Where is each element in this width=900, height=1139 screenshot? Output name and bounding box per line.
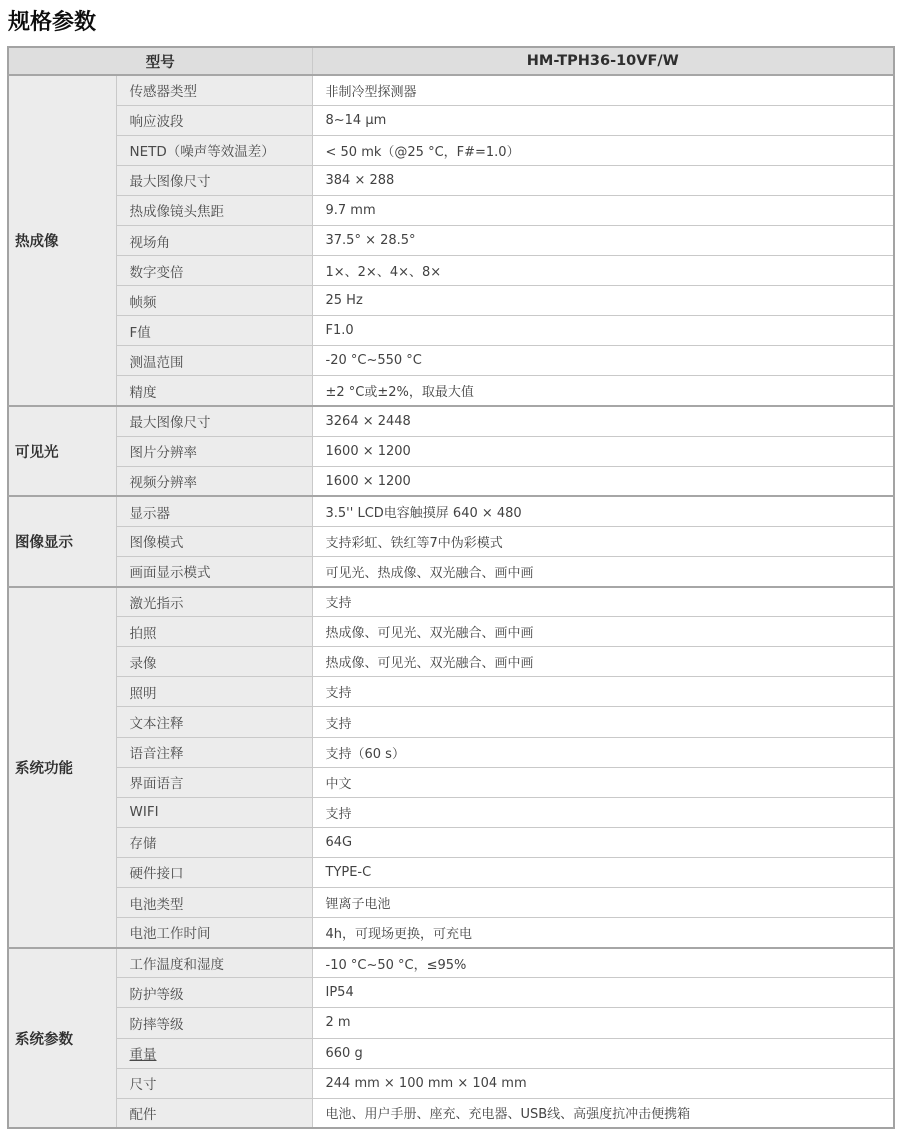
table-row: 响应波段 8~14 μm — [8, 105, 894, 135]
table-row: 语音注释 支持（60 s） — [8, 737, 894, 767]
param-cell: 语音注释 — [116, 737, 312, 767]
value-cell: 9.7 mm — [312, 195, 894, 225]
param-cell: 防摔等级 — [116, 1008, 312, 1038]
table-row: 可见光 最大图像尺寸 3264 × 2448 — [8, 406, 894, 436]
value-cell: 支持 — [312, 677, 894, 707]
value-cell: TYPE-C — [312, 857, 894, 887]
param-cell: 录像 — [116, 647, 312, 677]
value-cell: 244 mm × 100 mm × 104 mm — [312, 1068, 894, 1098]
value-cell: 384 × 288 — [312, 165, 894, 195]
table-row: 热成像镜头焦距 9.7 mm — [8, 195, 894, 225]
value-cell: 8~14 μm — [312, 105, 894, 135]
value-cell: 热成像、可见光、双光融合、画中画 — [312, 617, 894, 647]
table-row: 最大图像尺寸 384 × 288 — [8, 165, 894, 195]
param-cell: 传感器类型 — [116, 75, 312, 105]
table-row: 系统参数 工作温度和湿度 -10 °C~50 °C，≤95% — [8, 948, 894, 978]
param-cell: 热成像镜头焦距 — [116, 195, 312, 225]
param-cell: 电池类型 — [116, 888, 312, 918]
table-row: 视频分辨率 1600 × 1200 — [8, 466, 894, 496]
model-value-cell: HM-TPH36-10VF/W — [312, 47, 894, 75]
value-cell: 1×、2×、4×、8× — [312, 256, 894, 286]
table-row: 数字变倍 1×、2×、4×、8× — [8, 256, 894, 286]
table-row: 界面语言 中文 — [8, 767, 894, 797]
param-cell: F值 — [116, 316, 312, 346]
table-row: 硬件接口 TYPE-C — [8, 857, 894, 887]
table-row: 重量 660 g — [8, 1038, 894, 1068]
param-cell: 视频分辨率 — [116, 466, 312, 496]
value-cell: -10 °C~50 °C，≤95% — [312, 948, 894, 978]
table-row: 测温范围 -20 °C~550 °C — [8, 346, 894, 376]
param-cell: WIFI — [116, 797, 312, 827]
value-cell: 电池、用户手册、座充、充电器、USB线、高强度抗冲击便携箱 — [312, 1098, 894, 1128]
table-row: 电池类型 锂离子电池 — [8, 888, 894, 918]
spec-table: 型号 HM-TPH36-10VF/W 热成像 传感器类型 非制冷型探测器 响应波… — [7, 46, 895, 1129]
value-cell: 25 Hz — [312, 286, 894, 316]
value-cell: 可见光、热成像、双光融合、画中画 — [312, 557, 894, 587]
table-row: 图像模式 支持彩虹、铁红等7中伪彩模式 — [8, 526, 894, 556]
param-cell: 存储 — [116, 827, 312, 857]
table-row: 防摔等级 2 m — [8, 1008, 894, 1038]
value-cell: 1600 × 1200 — [312, 466, 894, 496]
table-row: 帧频 25 Hz — [8, 286, 894, 316]
category-cell-visible-light: 可见光 — [8, 406, 116, 496]
table-row: 文本注释 支持 — [8, 707, 894, 737]
param-cell: 图片分辨率 — [116, 436, 312, 466]
value-cell: 支持 — [312, 797, 894, 827]
value-cell: 支持 — [312, 707, 894, 737]
value-cell: 3.5'' LCD电容触摸屏 640 × 480 — [312, 496, 894, 526]
value-cell: 64G — [312, 827, 894, 857]
table-row: 图像显示 显示器 3.5'' LCD电容触摸屏 640 × 480 — [8, 496, 894, 526]
value-cell: 660 g — [312, 1038, 894, 1068]
value-cell: IP54 — [312, 978, 894, 1008]
table-row: 拍照 热成像、可见光、双光融合、画中画 — [8, 617, 894, 647]
table-row: 图片分辨率 1600 × 1200 — [8, 436, 894, 466]
param-cell: 配件 — [116, 1098, 312, 1128]
param-cell: 视场角 — [116, 225, 312, 255]
table-header-row: 型号 HM-TPH36-10VF/W — [8, 47, 894, 75]
param-cell: 尺寸 — [116, 1068, 312, 1098]
value-cell: 非制冷型探测器 — [312, 75, 894, 105]
param-cell: 最大图像尺寸 — [116, 165, 312, 195]
value-cell: 2 m — [312, 1008, 894, 1038]
param-cell: 防护等级 — [116, 978, 312, 1008]
category-cell-system-functions: 系统功能 — [8, 587, 116, 948]
param-cell: 硬件接口 — [116, 857, 312, 887]
table-row: 尺寸 244 mm × 100 mm × 104 mm — [8, 1068, 894, 1098]
value-cell: 1600 × 1200 — [312, 436, 894, 466]
value-cell: 支持 — [312, 587, 894, 617]
param-cell: 最大图像尺寸 — [116, 406, 312, 436]
table-row: 存储 64G — [8, 827, 894, 857]
value-cell: < 50 mk（@25 °C，F#=1.0） — [312, 135, 894, 165]
table-row: 热成像 传感器类型 非制冷型探测器 — [8, 75, 894, 105]
table-row: 系统功能 激光指示 支持 — [8, 587, 894, 617]
table-row: 精度 ±2 °C或±2%，取最大值 — [8, 376, 894, 406]
model-label-cell: 型号 — [8, 47, 312, 75]
param-cell: 画面显示模式 — [116, 557, 312, 587]
value-cell: 热成像、可见光、双光融合、画中画 — [312, 647, 894, 677]
param-cell: 显示器 — [116, 496, 312, 526]
param-cell: 照明 — [116, 677, 312, 707]
param-cell: 激光指示 — [116, 587, 312, 617]
value-cell: 4h，可现场更换，可充电 — [312, 918, 894, 948]
category-cell-image-display: 图像显示 — [8, 496, 116, 586]
param-cell: 帧频 — [116, 286, 312, 316]
param-cell: 拍照 — [116, 617, 312, 647]
value-cell: 中文 — [312, 767, 894, 797]
table-row: NETD（噪声等效温差） < 50 mk（@25 °C，F#=1.0） — [8, 135, 894, 165]
param-cell: 精度 — [116, 376, 312, 406]
value-cell: ±2 °C或±2%，取最大值 — [312, 376, 894, 406]
table-row: WIFI 支持 — [8, 797, 894, 827]
table-row: 录像 热成像、可见光、双光融合、画中画 — [8, 647, 894, 677]
category-cell-thermal: 热成像 — [8, 75, 116, 406]
value-cell: 支持彩虹、铁红等7中伪彩模式 — [312, 526, 894, 556]
table-row: 配件 电池、用户手册、座充、充电器、USB线、高强度抗冲击便携箱 — [8, 1098, 894, 1128]
value-cell: -20 °C~550 °C — [312, 346, 894, 376]
value-cell: 支持（60 s） — [312, 737, 894, 767]
category-cell-system-parameters: 系统参数 — [8, 948, 116, 1129]
table-row: 防护等级 IP54 — [8, 978, 894, 1008]
table-row: 画面显示模式 可见光、热成像、双光融合、画中画 — [8, 557, 894, 587]
table-row: 照明 支持 — [8, 677, 894, 707]
param-cell: 文本注释 — [116, 707, 312, 737]
param-cell: 数字变倍 — [116, 256, 312, 286]
param-cell: 响应波段 — [116, 105, 312, 135]
page-title: 规格参数 — [8, 5, 900, 36]
param-cell: 界面语言 — [116, 767, 312, 797]
param-cell: 图像模式 — [116, 526, 312, 556]
param-cell: 电池工作时间 — [116, 918, 312, 948]
table-row: F值 F1.0 — [8, 316, 894, 346]
param-cell: 工作温度和湿度 — [116, 948, 312, 978]
table-row: 电池工作时间 4h，可现场更换，可充电 — [8, 918, 894, 948]
param-cell-weight: 重量 — [116, 1038, 312, 1068]
param-cell: NETD（噪声等效温差） — [116, 135, 312, 165]
value-cell: 3264 × 2448 — [312, 406, 894, 436]
value-cell: F1.0 — [312, 316, 894, 346]
table-row: 视场角 37.5° × 28.5° — [8, 225, 894, 255]
param-cell: 测温范围 — [116, 346, 312, 376]
value-cell: 37.5° × 28.5° — [312, 225, 894, 255]
value-cell: 锂离子电池 — [312, 888, 894, 918]
